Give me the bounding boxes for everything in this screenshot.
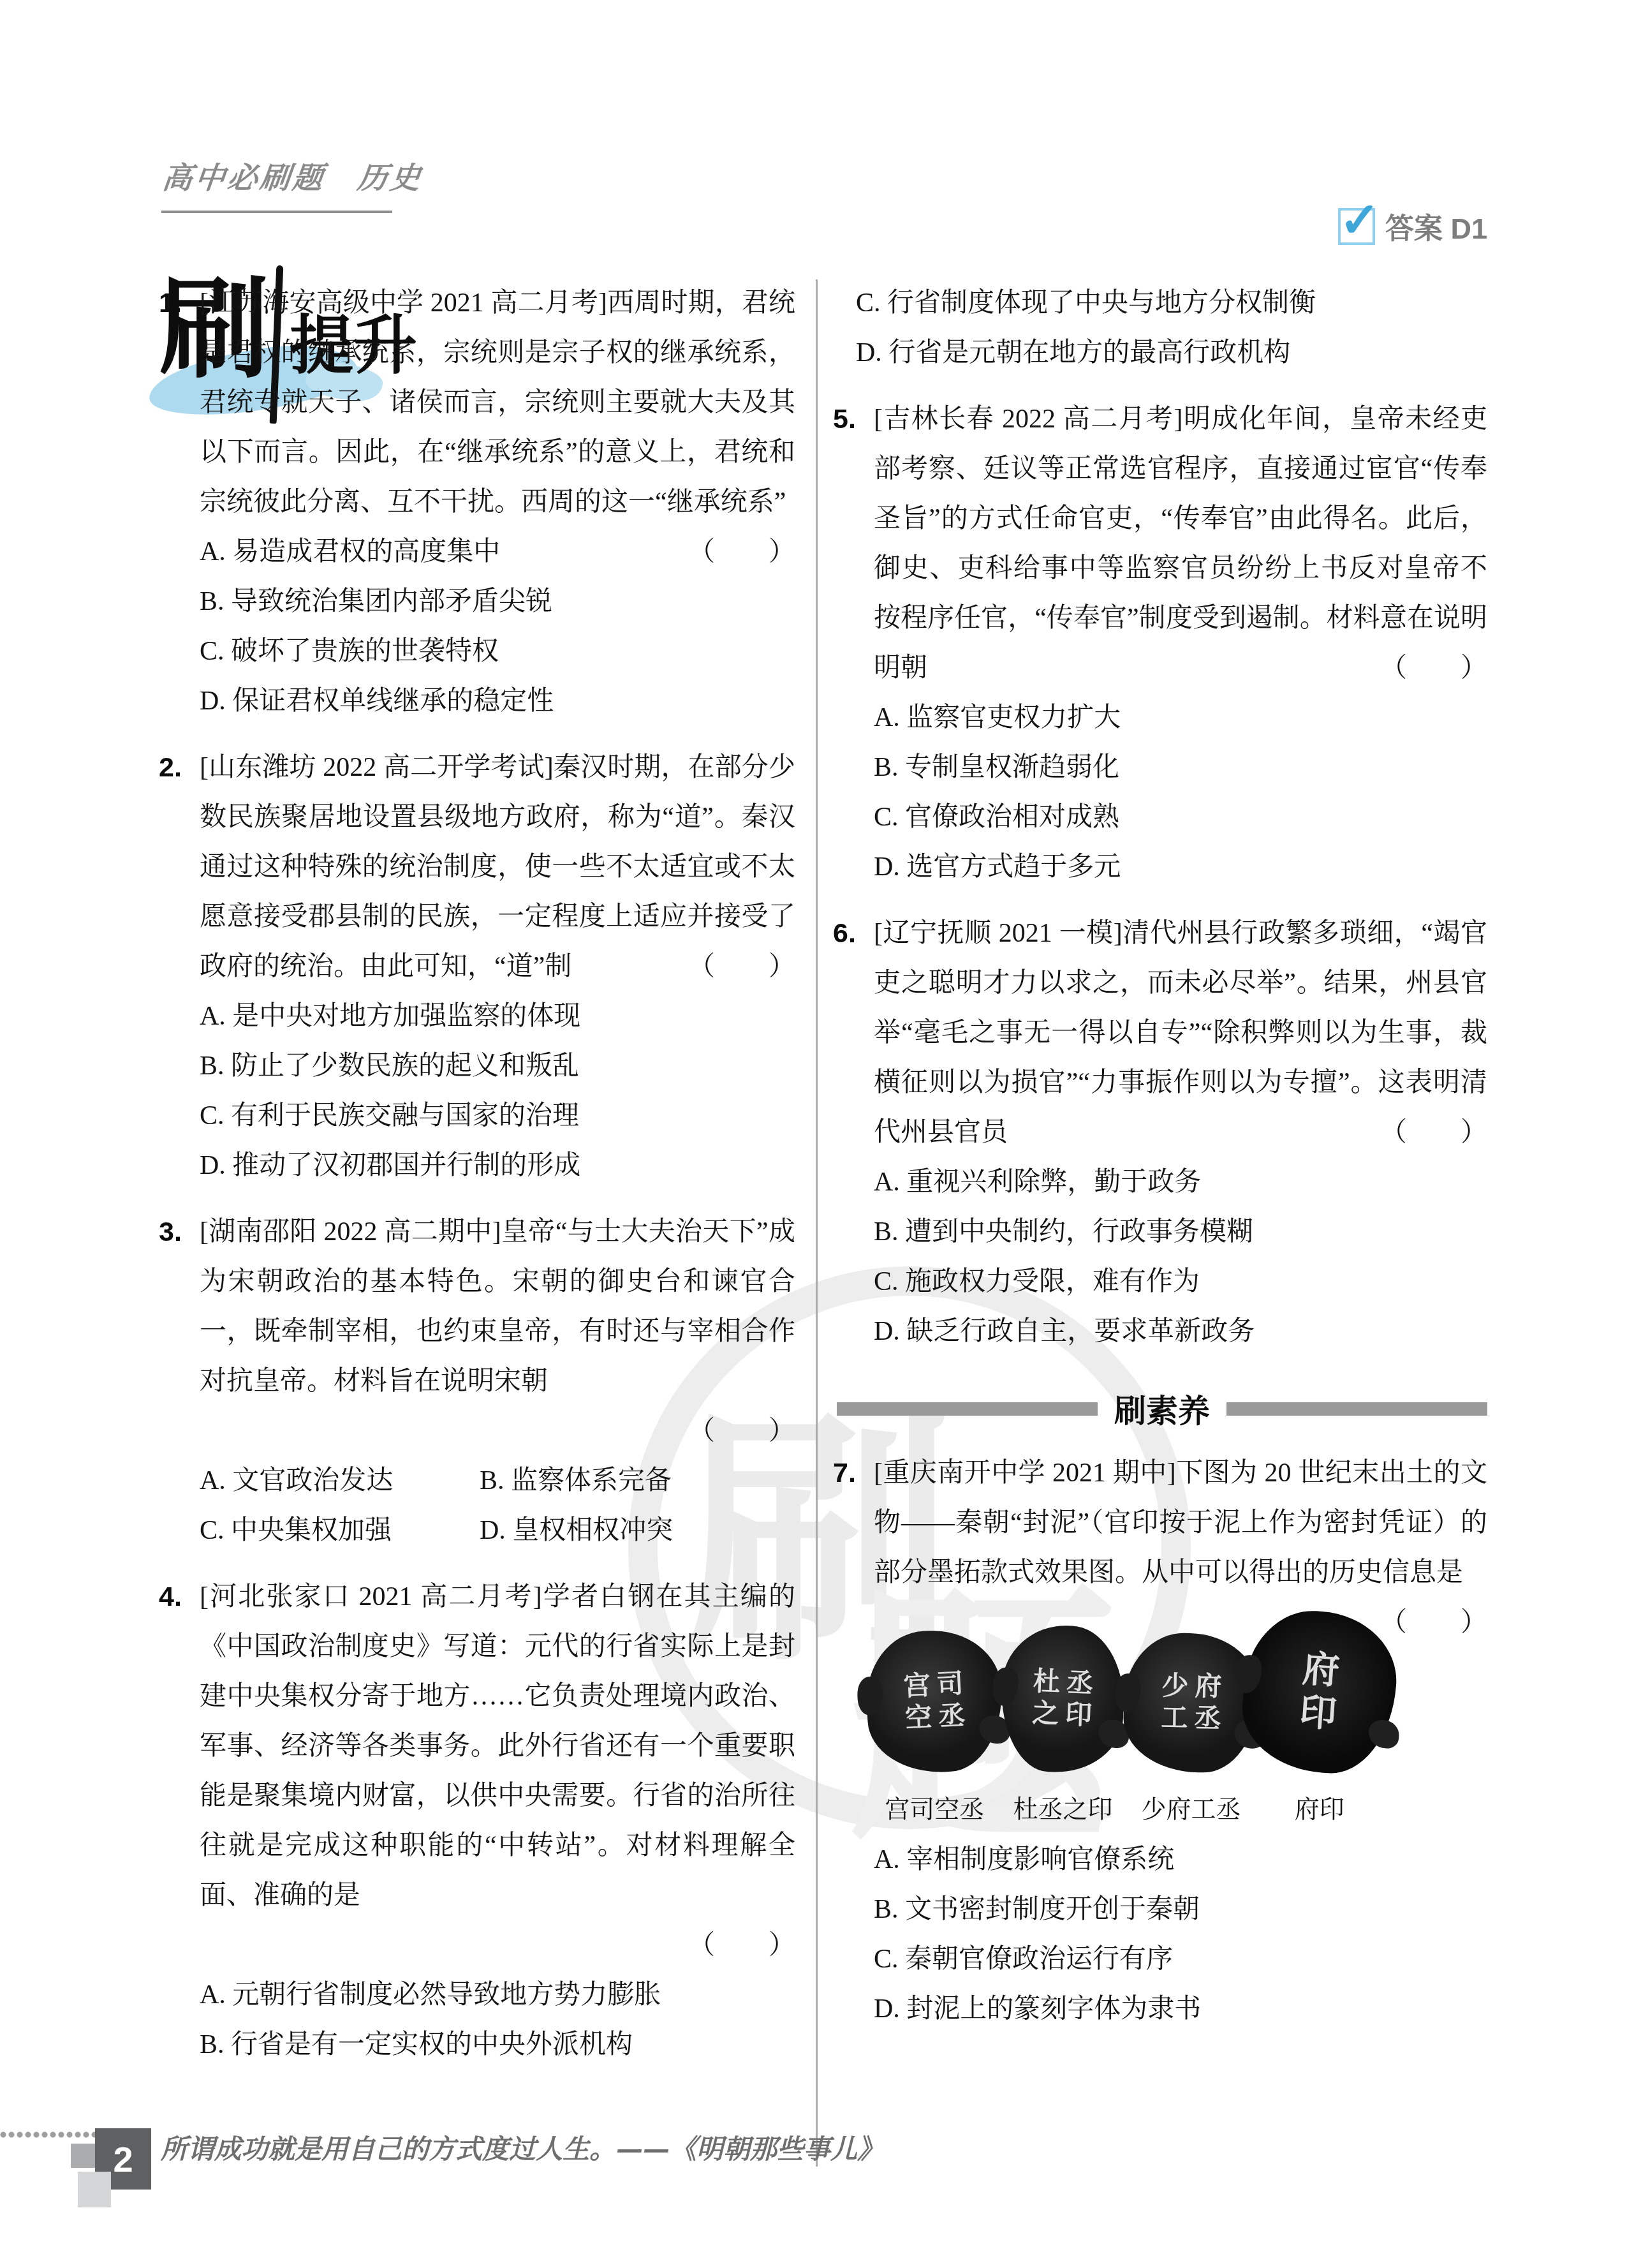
question-6-option-b: B. 遭到中央制约，行政事务模糊 <box>874 1207 1487 1257</box>
booklet-title: 高中必刷题 历史 <box>160 154 425 197</box>
question-1-text: 西周时期，君统是君权的继承统系，宗统则是宗子权的继承统系，君统专就天子、诸侯而言… <box>200 288 795 517</box>
question-4-stem: [河北张家口 2021 高二月考]学者白钢在其主编的《中国政治制度史》写道：元代… <box>200 1572 795 1920</box>
question-7-stem: [重庆南开中学 2021 期中]下图为 20 世纪末出土的文物——秦朝“封泥”（… <box>874 1448 1487 1597</box>
question-1-option-d: D. 保证君权单线继承的稳定性 <box>200 676 795 726</box>
question-3-number: 3. <box>159 1207 182 1257</box>
question-2-option-a: A. 是中央对地方加强监察的体现 <box>200 991 795 1041</box>
question-4-option-d: D. 行省是元朝在地方的最高行政机构 <box>856 328 1487 378</box>
question-4-option-a: A. 元朝行省制度必然导致地方势力膨胀 <box>200 1970 795 2020</box>
seal-rubbing-figures: 宫司空丞 宫司空丞 杜丞之印 杜丞之印 <box>874 1612 1380 1835</box>
page-number: 2 <box>113 2138 133 2180</box>
question-4-source: [河北张家口 2021 高二月考] <box>200 1582 542 1612</box>
question-3-stem: [湖南邵阳 2022 高二期中]皇帝“与士大夫治天下”成为宋朝政治的基本特色。宋… <box>200 1207 795 1406</box>
question-3-option-b: B. 监察体系完备 <box>480 1456 795 1506</box>
question-5-stem: [吉林长春 2022 高二月考]明成化年间，皇帝未经吏部考察、廷议等正常选官程序… <box>874 394 1487 693</box>
section-header-suyang: 刷素养 <box>837 1386 1487 1432</box>
question-2-option-b: B. 防止了少数民族的起义和叛乱 <box>200 1041 795 1091</box>
seal-glyph: 少 <box>1161 1671 1189 1701</box>
seal-glyph: 空 <box>904 1703 932 1733</box>
seal-glyph: 丞 <box>1066 1668 1094 1698</box>
question-2-number: 2. <box>159 743 182 792</box>
seal-glyph: 工 <box>1161 1703 1188 1733</box>
question-4-number: 4. <box>159 1572 182 1622</box>
question-7-option-c: C. 秦朝官僚政治运行有序 <box>874 1934 1487 1984</box>
question-2-option-d: D. 推动了汉初郡国并行制的形成 <box>200 1141 795 1190</box>
question-5: 5. [吉林长春 2022 高二月考]明成化年间，皇帝未经吏部考察、廷议等正常选… <box>837 394 1487 892</box>
question-6-source: [辽宁抚顺 2021 一模] <box>874 919 1123 948</box>
question-5-option-a: A. 监察官吏权力扩大 <box>874 693 1487 743</box>
question-3-option-c: C. 中央集权加强 <box>200 1506 480 1555</box>
footer-quote: 所谓成功就是用自己的方式度过人生。——《明朝那些事儿》 <box>161 2128 1022 2167</box>
question-4-continued: C. 行省制度体现了中央与地方分权制衡 D. 行省是元朝在地方的最高行政机构 <box>837 278 1487 378</box>
seal-glyph: 府 <box>1195 1672 1222 1702</box>
question-4-option-c: C. 行省制度体现了中央与地方分权制衡 <box>856 278 1487 328</box>
seal-glyph: 司 <box>936 1670 964 1700</box>
answer-bracket: （ ） <box>688 942 795 991</box>
answer-badge-label: 答案 D1 <box>1385 205 1487 247</box>
question-5-text: 明成化年间，皇帝未经吏部考察、廷议等正常选官程序，直接通过宦官“传奉圣旨”的方式… <box>874 404 1487 683</box>
question-5-option-b: B. 专制皇权渐趋弱化 <box>874 743 1487 792</box>
seal-caption: 府印 <box>1295 1785 1344 1835</box>
question-2-source: [山东潍坊 2022 高二开学考试] <box>200 753 554 782</box>
seal-glyph: 之 <box>1032 1699 1060 1729</box>
booklet-title-underline <box>161 211 392 213</box>
seal-glyph: 丞 <box>938 1701 966 1732</box>
footer-dotted-line <box>0 2131 96 2138</box>
question-5-source: [吉林长春 2022 高二月考] <box>874 404 1182 434</box>
seal-rubbing-image: 杜丞之印 <box>999 1624 1126 1775</box>
section-title: 刷素养 <box>1114 1386 1210 1432</box>
seal-figure-1: 宫司空丞 宫司空丞 <box>874 1631 996 1835</box>
left-column: 1. [江苏海安高级中学 2021 高二月考]西周时期，君统是君权的继承统系，宗… <box>163 267 795 2070</box>
seal-caption: 杜丞之印 <box>1013 1785 1112 1835</box>
question-6-number: 6. <box>833 908 856 958</box>
answer-bracket: （ ） <box>1380 643 1487 693</box>
question-5-number: 5. <box>833 394 856 444</box>
question-6-stem: [辽宁抚顺 2021 一模]清代州县行政繁多琐细，“竭官吏之聪明才力以求之，而未… <box>874 908 1487 1157</box>
question-5-option-d: D. 选官方式趋于多元 <box>874 842 1487 892</box>
question-2: 2. [山东潍坊 2022 高二开学考试]秦汉时期，在部分少数民族聚居地设置县级… <box>163 743 795 1190</box>
question-3-option-a: A. 文官政治发达 <box>200 1456 480 1506</box>
question-4-option-b: B. 行省是有一定实权的中央外派机构 <box>200 2020 795 2070</box>
answer-bracket: （ ） <box>1380 1108 1487 1157</box>
workbook-page: 刷 题 高中必刷题 历史 刷 提升 ✓ 答案 D1 1. [江苏海安高级中学 2… <box>0 0 1627 2268</box>
footer-square-medium <box>71 2144 95 2168</box>
footer-square-light <box>78 2172 111 2207</box>
seal-glyphs: 杜丞之印 <box>1032 1667 1094 1730</box>
question-6-option-d: D. 缺乏行政自主，要求革新政务 <box>874 1307 1487 1356</box>
question-2-option-c: C. 有利于民族交融与国家的治理 <box>200 1091 795 1141</box>
question-1-option-c: C. 破坏了贵族的世袭特权 <box>200 626 795 676</box>
answer-bracket: （ ） <box>200 1920 795 1970</box>
question-1-source: [江苏海安高级中学 2021 高二月考] <box>200 288 607 318</box>
question-6-option-c: C. 施政权力受限，难有作为 <box>874 1257 1487 1307</box>
question-7-option-b: B. 文书密封制度开创于秦朝 <box>874 1885 1487 1934</box>
checkbox-icon: ✓ <box>1338 208 1375 245</box>
checkmark-icon: ✓ <box>1339 191 1380 248</box>
seal-figure-4: 府印 府印 <box>1258 1612 1380 1835</box>
column-divider <box>816 279 818 2167</box>
seal-glyphs: 府印 <box>1298 1649 1341 1735</box>
seal-rubbing-image: 宫司空丞 <box>864 1627 1006 1776</box>
question-1-stem: [江苏海安高级中学 2021 高二月考]西周时期，君统是君权的继承统系，宗统则是… <box>200 278 795 527</box>
question-3-option-d: D. 皇权相权冲突 <box>480 1506 795 1555</box>
answer-bracket: （ ） <box>1380 1597 1487 1647</box>
question-3-options: A. 文官政治发达 B. 监察体系完备 C. 中央集权加强 D. 皇权相权冲突 <box>200 1456 795 1555</box>
right-column: C. 行省制度体现了中央与地方分权制衡 D. 行省是元朝在地方的最高行政机构 5… <box>837 267 1487 2034</box>
question-7: 7. [重庆南开中学 2021 期中]下图为 20 世纪末出土的文物——秦朝“封… <box>837 1448 1487 2034</box>
question-3-source: [湖南邵阳 2022 高二期中] <box>200 1217 501 1247</box>
seal-glyphs: 少府工丞 <box>1161 1671 1222 1734</box>
seal-figure-3: 少府工丞 少府工丞 <box>1130 1633 1252 1835</box>
seal-rubbing-image: 少府工丞 <box>1123 1632 1260 1774</box>
section-bar-left <box>837 1402 1098 1416</box>
question-4: 4. [河北张家口 2021 高二月考]学者白钢在其主编的《中国政治制度史》写道… <box>163 1572 795 2070</box>
seal-glyph: 宫 <box>903 1671 931 1701</box>
question-1-number: 1. <box>159 278 182 328</box>
seal-figure-2: 杜丞之印 杜丞之印 <box>1002 1626 1124 1835</box>
question-2-stem: [山东潍坊 2022 高二开学考试]秦汉时期，在部分少数民族聚居地设置县级地方政… <box>200 743 795 991</box>
question-6-option-a: A. 重视兴利除弊，勤于政务 <box>874 1157 1487 1207</box>
seal-caption: 宫司空丞 <box>885 1785 984 1835</box>
answer-bracket: （ ） <box>200 1406 795 1456</box>
seal-glyph: 丞 <box>1194 1704 1221 1734</box>
question-7-option-d: D. 封泥上的篆刻字体为隶书 <box>874 1984 1487 2034</box>
question-7-source: [重庆南开中学 2021 期中] <box>874 1458 1176 1488</box>
seal-caption: 少府工丞 <box>1142 1785 1241 1835</box>
seal-glyph: 印 <box>1065 1700 1093 1730</box>
question-3: 3. [湖南邵阳 2022 高二期中]皇帝“与士大夫治天下”成为宋朝政治的基本特… <box>163 1207 795 1555</box>
question-5-option-c: C. 官僚政治相对成熟 <box>874 792 1487 842</box>
question-7-option-a: A. 宰相制度影响官僚系统 <box>874 1835 1487 1885</box>
seal-glyph: 杜 <box>1033 1667 1061 1697</box>
seal-glyphs: 宫司空丞 <box>903 1670 966 1734</box>
question-7-number: 7. <box>833 1448 856 1498</box>
section-bar-right <box>1226 1402 1487 1416</box>
question-6: 6. [辽宁抚顺 2021 一模]清代州县行政繁多琐细，“竭官吏之聪明才力以求之… <box>837 908 1487 1356</box>
answer-bracket: （ ） <box>688 527 795 577</box>
answer-badge: ✓ 答案 D1 <box>1338 205 1487 247</box>
question-4-text: 学者白钢在其主编的《中国政治制度史》写道：元代的行省实际上是封建中央集权分寄于地… <box>200 1582 795 1910</box>
question-1: 1. [江苏海安高级中学 2021 高二月考]西周时期，君统是君权的继承统系，宗… <box>163 278 795 726</box>
seal-glyph: 府 <box>1301 1649 1341 1692</box>
seal-rubbing-image: 府印 <box>1238 1606 1401 1777</box>
seal-glyph: 印 <box>1298 1692 1337 1735</box>
question-1-option-b: B. 导致统治集团内部矛盾尖锐 <box>200 577 795 626</box>
